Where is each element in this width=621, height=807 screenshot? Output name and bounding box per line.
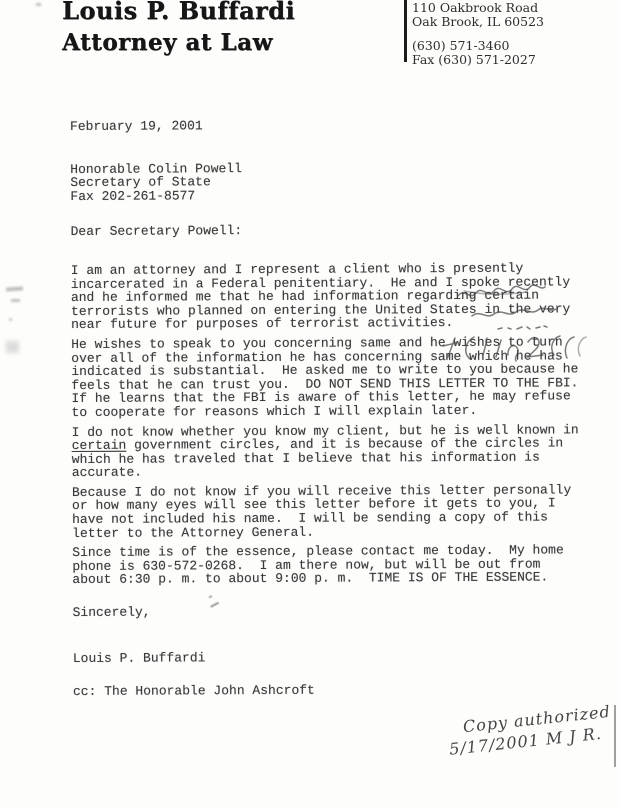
scan-smudge [6,286,23,291]
copy-authorized-note: Copy authorized 5/17/2001 M J R. [446,700,621,760]
letterhead-divider-rule [404,0,407,62]
scan-smudge [6,341,19,353]
letter-paragraph: Since time is of the essence, please con… [72,543,612,587]
letter-line: about 6:30 p. m. to about 9:00 p. m. TIM… [72,571,612,587]
scan-edge-line [614,705,616,767]
letter-line: letter to the Attorney General. [72,524,612,540]
letterhead-phone: (630) 571-3460 [412,39,544,53]
scan-smudge [11,299,20,302]
letterhead-address-line1: 110 Oakbrook Road [412,1,544,15]
letterhead-contact-block: 110 Oakbrook Road Oak Brook, IL 60523 (6… [412,1,544,67]
recipient-line: Fax 202-261-8577 [70,187,610,203]
letterhead-address-line2: Oak Brook, IL 60523 [412,15,544,29]
letter-paragraph: I do not know whether you know my client… [72,423,612,480]
cc-line: cc: The Honorable John Ashcroft [73,682,613,698]
letter-date: February 19, 2001 [70,117,610,133]
salutation: Dear Secretary Powell: [71,223,611,239]
scan-smudge [9,318,12,321]
letter-line: which he has traveled that I believe tha… [72,450,612,466]
letterhead: Louis P. Buffardi Attorney at Law [62,0,295,56]
letter-line: have not included his name. I will be se… [72,510,612,526]
scan-smudge [36,3,41,6]
letter-content: February 19, 2001 Honorable Colin Powell… [70,117,613,699]
letter-line: to cooperate for reasons which I will ex… [71,403,611,419]
letterhead-title: Attorney at Law [62,30,295,56]
signer-name: Louis P. Buffardi [73,649,613,665]
handwritten-scribble [420,278,621,370]
letter-paragraph: Because I do not know if you will receiv… [72,483,612,540]
letterhead-fax: Fax (630) 571-2027 [412,53,544,67]
closing: Sincerely, [73,603,613,619]
letterhead-name: Louis P. Buffardi [62,0,295,24]
scanned-letter-page: Louis P. Buffardi Attorney at Law 110 Oa… [0,0,621,807]
recipient-block: Honorable Colin PowellSecretary of State… [70,160,610,204]
